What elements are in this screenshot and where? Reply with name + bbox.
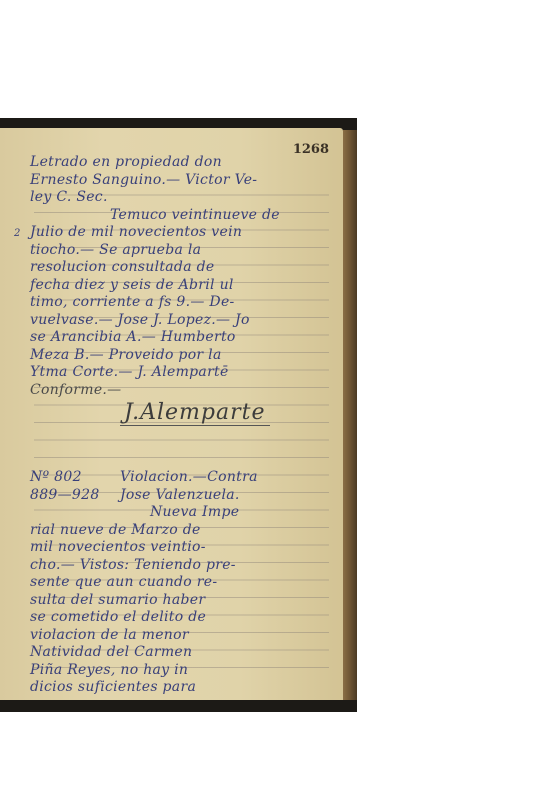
text-line: se Arancibia A.— Humberto: [30, 329, 330, 347]
entry-defendant: Jose Valenzuela.: [120, 487, 240, 503]
signature: J.Alemparte: [120, 400, 270, 426]
text-line: dicios suficientes para: [30, 679, 330, 697]
entry-header-line-2: 889—928Jose Valenzuela.: [30, 487, 330, 505]
entry-heading: Violacion.—Contra: [120, 469, 258, 485]
text-line: cho.— Vistos: Teniendo pre-: [30, 557, 330, 575]
text-line: resolucion consultada de: [30, 259, 330, 277]
document-photo: 1268 2 Letrado en propiedad don Ernesto …: [0, 118, 357, 712]
text-line: Ytma Corte.— J. Alempartē: [30, 364, 330, 382]
text-line: se cometido el delito de: [30, 609, 330, 627]
entry-reference: 889—928: [30, 487, 120, 505]
margin-mark: 2: [14, 228, 20, 239]
text-line: fecha diez y seis de Abril ul: [30, 277, 330, 295]
text-line: Letrado en propiedad don: [30, 154, 330, 172]
text-line: mil novecientos veintio-: [30, 539, 330, 557]
text-line: timo, corriente a fs 9.— De-: [30, 294, 330, 312]
text-line: Piña Reyes, no hay in: [30, 662, 330, 680]
text-line: rial nueve de Marzo de: [30, 522, 330, 540]
entry-number: Nº 802: [30, 469, 120, 487]
text-line: ley C. Sec.: [30, 189, 330, 207]
text-line: sulta del sumario haber: [30, 592, 330, 610]
text-line: violacion de la menor: [30, 627, 330, 645]
text-line: tiocho.— Se aprueba la: [30, 242, 330, 260]
text-line: Natividad del Carmen: [30, 644, 330, 662]
text-line: Ernesto Sanguino.— Victor Ve-: [30, 172, 330, 190]
text-line: Nueva Impe: [30, 504, 330, 522]
conforme-note: Conforme.—: [30, 382, 330, 400]
text-line: vuelvase.— Jose J. Lopez.— Jo: [30, 312, 330, 330]
text-line: Julio de mil novecientos vein: [30, 224, 330, 242]
entry-header-line-1: Nº 802Violacion.—Contra: [30, 469, 330, 487]
text-line: Temuco veintinueve de: [30, 207, 330, 225]
book-binding-edge: [343, 130, 357, 700]
text-line: Meza B.— Proveido por la: [30, 347, 330, 365]
text-line: sente que aun cuando re-: [30, 574, 330, 592]
ledger-page: 1268 2 Letrado en propiedad don Ernesto …: [0, 128, 343, 700]
